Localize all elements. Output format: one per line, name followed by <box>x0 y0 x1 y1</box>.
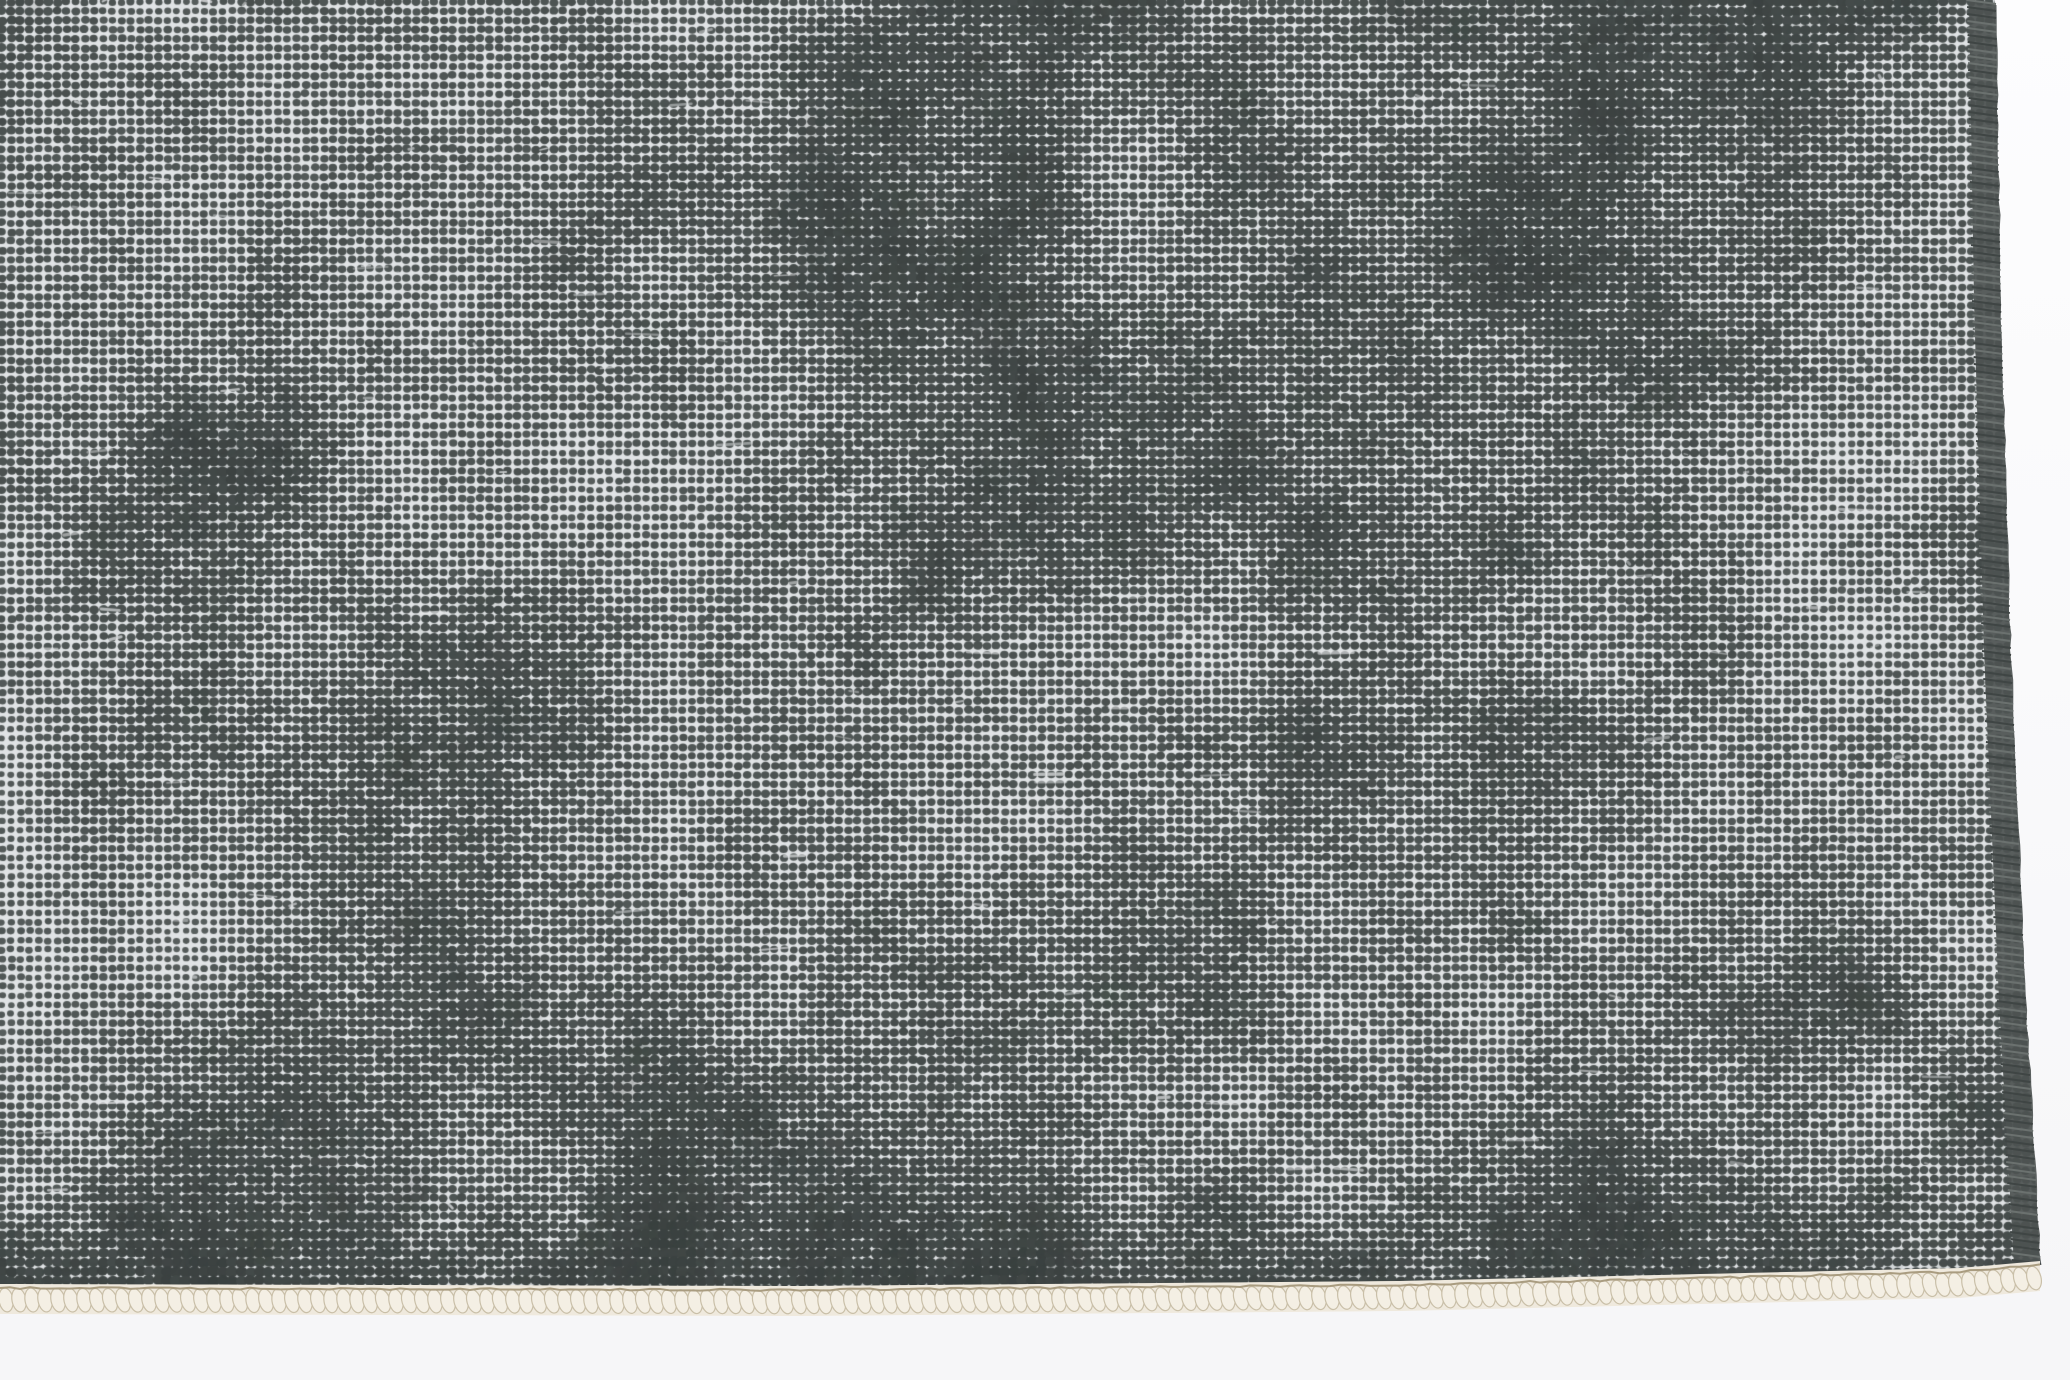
rug-field <box>0 0 2070 1380</box>
photo-scene <box>0 0 2070 1380</box>
rug-texture <box>0 0 2070 1380</box>
